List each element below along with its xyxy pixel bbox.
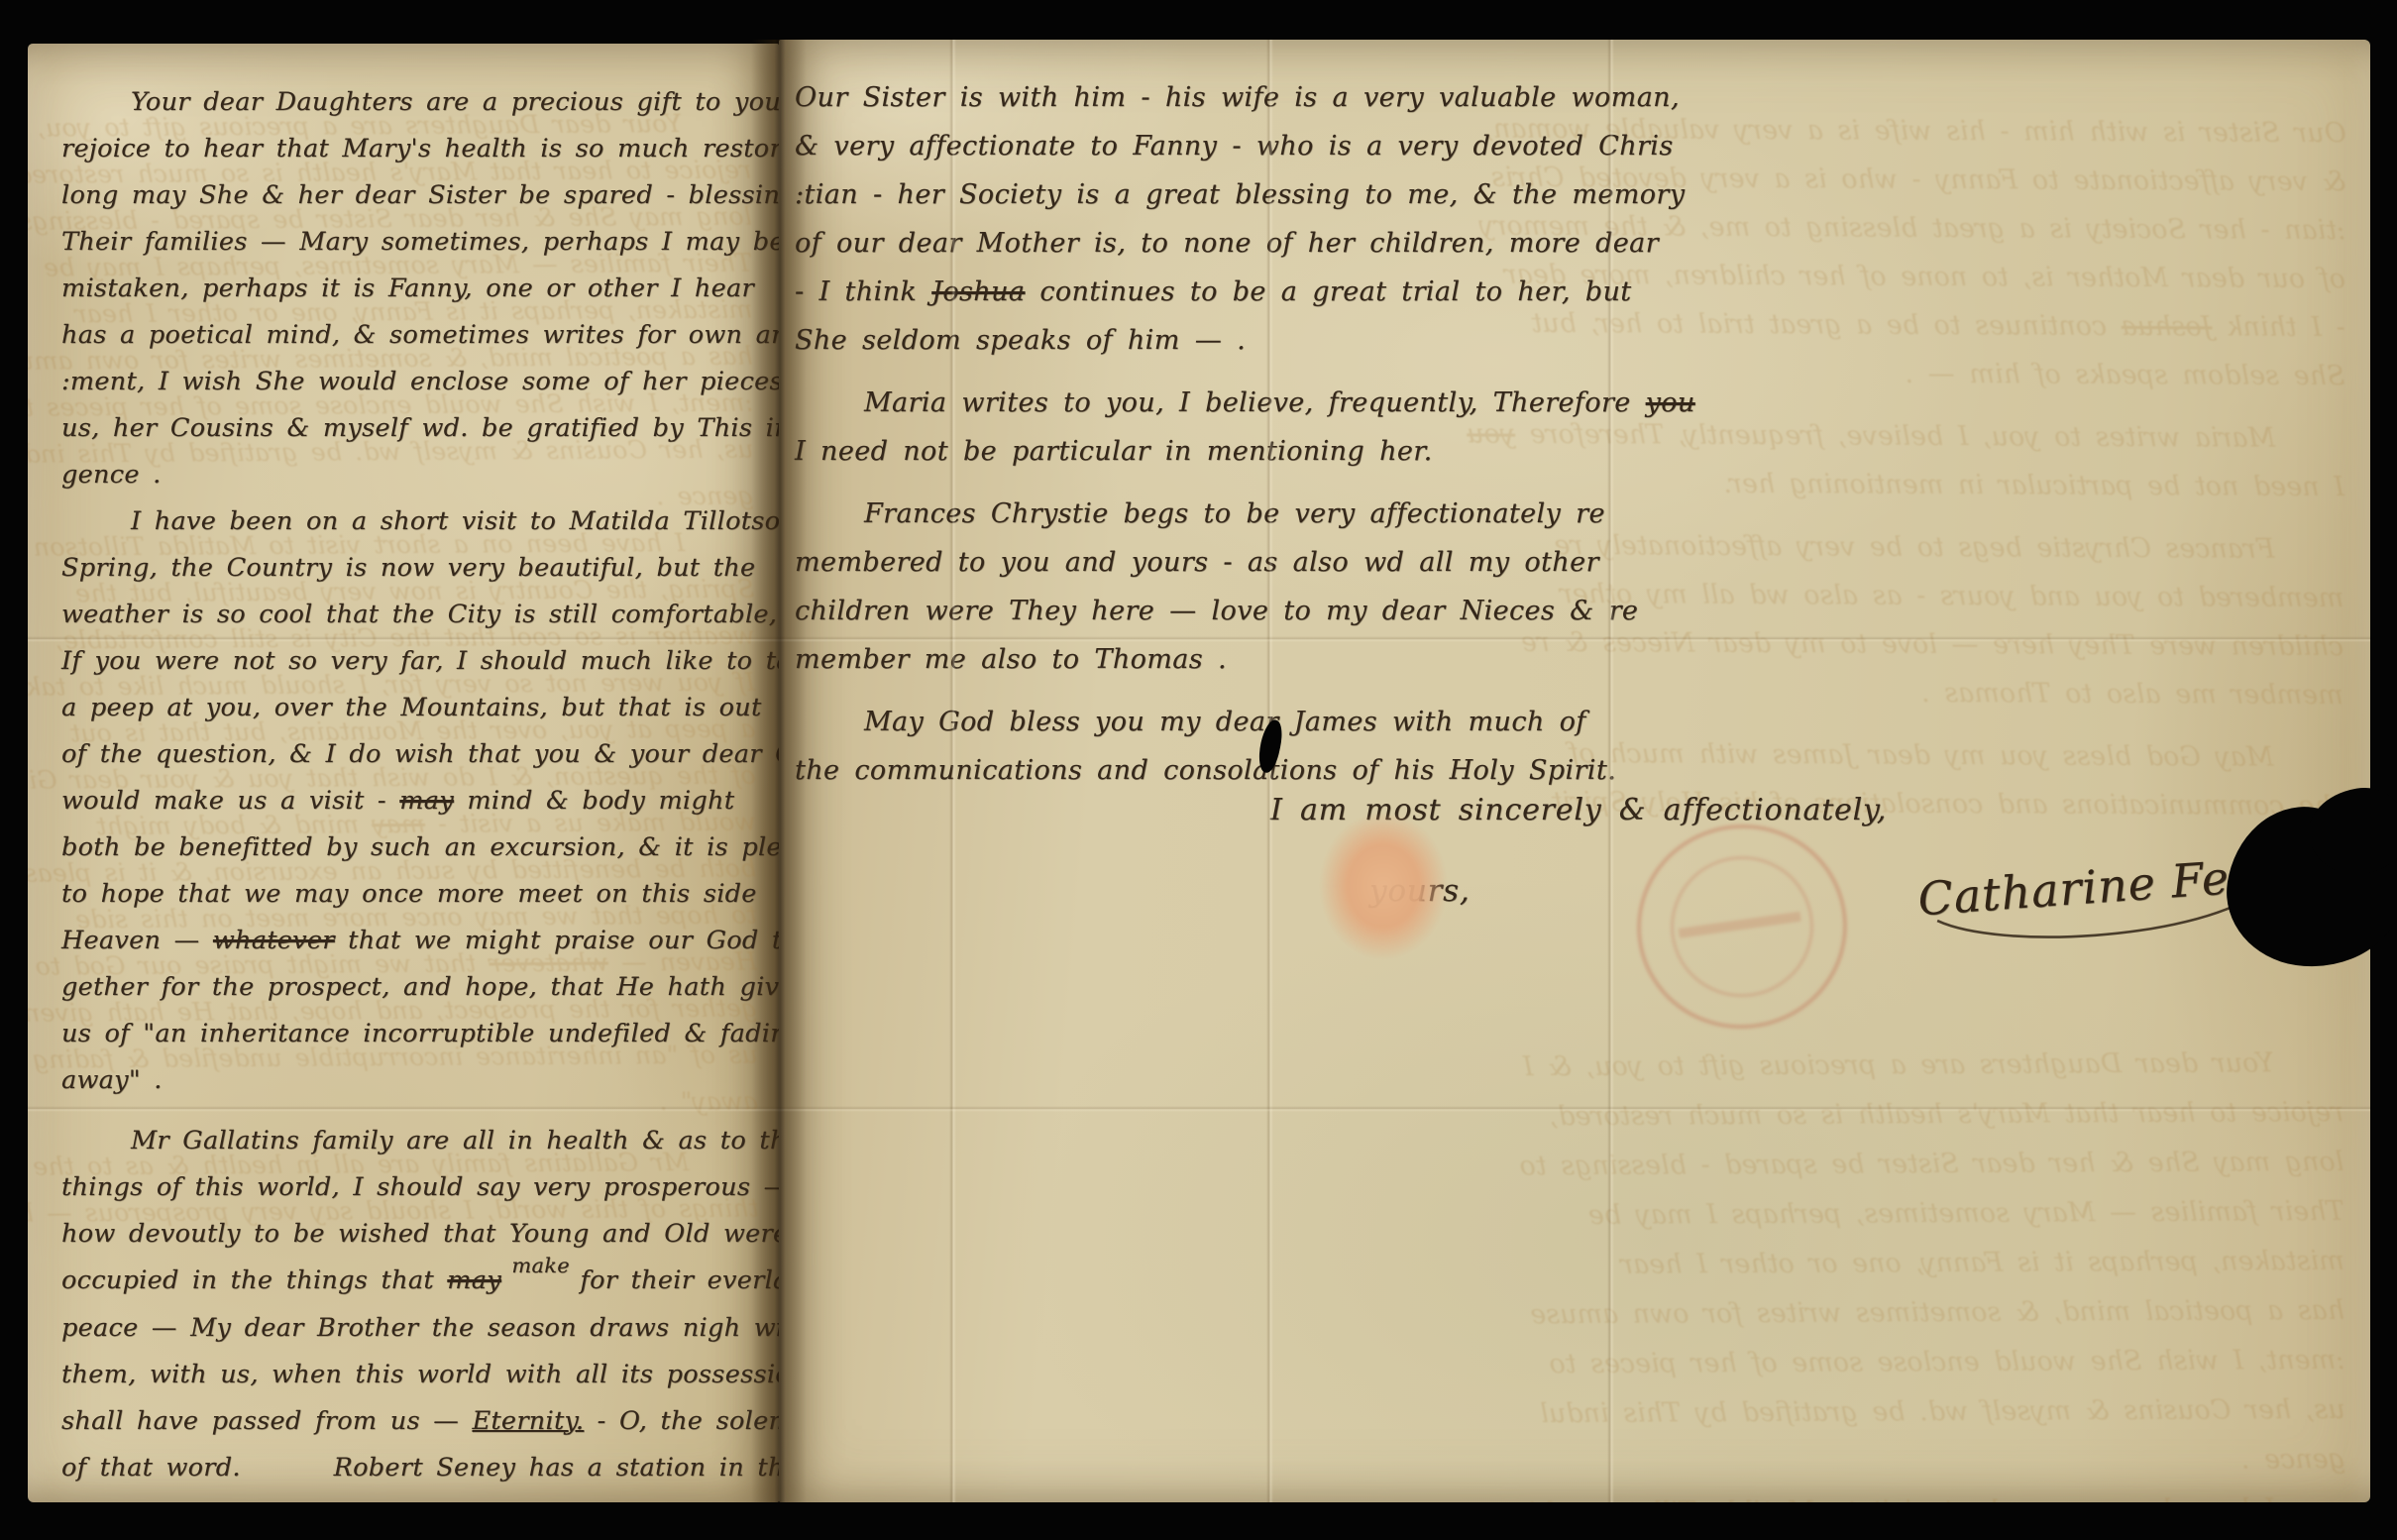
struck-word: you: [1646, 387, 1695, 418]
letter-line: I have been on a short visit to Matilda …: [61, 498, 755, 545]
closing-line: I am most sincerely & affectionately,: [1270, 793, 2341, 827]
letter-line: member me also to Thomas .: [795, 635, 2341, 684]
letter-line: a peep at you, over the Mountains, but t…: [61, 685, 755, 731]
letter-line: gether for the prospect, and hope, that …: [61, 964, 755, 1011]
letter-line: Your dear Daughters are a precious gift …: [798, 1039, 2343, 1096]
letter-line: things of this world, I should say very …: [61, 1164, 755, 1211]
bleedthrough-writing: Your dear Daughters are a precious gift …: [798, 1039, 2346, 1502]
letter-line: gence .: [61, 452, 755, 498]
letter-line: us, her Cousins & myself wd. be gratifie…: [800, 1385, 2345, 1443]
letter-line: If you were not so very far, I should mu…: [61, 638, 755, 685]
letter-line: rejoice to hear that Mary's health is so…: [798, 1088, 2343, 1146]
letter-line: weather is so cool that the City is stil…: [61, 592, 755, 638]
letter-line: I have been on a short visit to Matilda …: [800, 1485, 2345, 1502]
scanner-bed: Your dear Daughters are a precious gift …: [0, 0, 2397, 1540]
letter-line: to hope that we may once more meet on th…: [61, 871, 755, 918]
letter-line: I need not be particular in mentioning h…: [795, 427, 2341, 476]
letter-line: - I think Joshua continues to be a great…: [795, 268, 2341, 316]
letter-line: Frances Chrystie begs to be very affecti…: [795, 490, 2341, 538]
letter-line: Spring, the Country is now very beautifu…: [61, 545, 755, 592]
letter-line: rejoice to hear that Mary's health is so…: [61, 126, 755, 172]
letter-line: membered to you and yours - as also wd a…: [795, 538, 2341, 587]
letter-line: of that word. Robert Seney has a station…: [61, 1445, 755, 1491]
letter-line: Mr Gallatins family are all in health & …: [61, 1118, 755, 1164]
letter-line: occupied in the things that may make for…: [61, 1258, 755, 1305]
letter-line: would make us a visit - may mind & body …: [61, 778, 755, 825]
letter-line: & very affectionate to Fanny - who is a …: [795, 122, 2341, 170]
letter-line: Maria writes to you, I believe, frequent…: [795, 379, 2341, 427]
letter-line: Our Sister is with him - his wife is a v…: [795, 73, 2341, 122]
letter-line: how devoutly to be wished that Young and…: [61, 1211, 755, 1258]
letter-line: :ment, I wish She would enclose some of …: [799, 1336, 2344, 1393]
letter-line: Their families — Mary sometimes, perhaps…: [61, 219, 755, 266]
letter-body-left: Your dear Daughters are a precious gift …: [61, 79, 755, 1491]
letter-line: long may She & her dear Sister be spared…: [61, 172, 755, 219]
letter-line: Your dear Daughters are a precious gift …: [61, 79, 755, 126]
underlined-word: Eternity.: [472, 1406, 584, 1436]
letter-line: of our dear Mother is, to none of her ch…: [795, 219, 2341, 268]
letter-page-right: Our Sister is with him - his wife is a v…: [779, 40, 2370, 1502]
letter-line: mistaken, perhaps it is Fanny, one or ot…: [61, 266, 755, 312]
letter-line: us, her Cousins & myself wd. be gratifie…: [61, 405, 755, 452]
letter-body-right: Our Sister is with him - his wife is a v…: [795, 73, 2341, 795]
inserted-word: make: [511, 1243, 570, 1289]
letter-line: has a poetical mind, & sometimes writes …: [61, 312, 755, 359]
struck-word: may: [447, 1265, 501, 1295]
letter-line: away" .: [61, 1057, 755, 1104]
letter-line: shall have passed from us — Eternity. - …: [61, 1398, 755, 1445]
letter-line: of the question, & I do wish that you & …: [61, 731, 755, 778]
letter-line: them, with us, when this world with all …: [61, 1352, 755, 1398]
letter-line: mistaken, perhaps it is Fanny, one or ot…: [799, 1237, 2344, 1294]
letter-page-left: Your dear Daughters are a precious gift …: [28, 44, 779, 1502]
fold-crease: [779, 1106, 2370, 1112]
letter-line: both be benefitted by such an excursion,…: [61, 825, 755, 871]
letter-line: She seldom speaks of him — .: [795, 316, 2341, 365]
letter-line: long may She & her dear Sister be spared…: [798, 1138, 2343, 1195]
struck-word: may: [399, 786, 454, 816]
letter-line: the communications and consolations of h…: [795, 746, 2341, 795]
struck-word: Joshua: [931, 276, 1025, 307]
letter-line: peace — My dear Brother the season draws…: [61, 1305, 755, 1352]
letter-line: :tian - her Society is a great blessing …: [795, 170, 2341, 219]
letter-line: children were They here — love to my dea…: [795, 587, 2341, 635]
letter-line: has a poetical mind, & sometimes writes …: [799, 1286, 2344, 1344]
letter-line: us of "an inheritance incorruptible unde…: [61, 1011, 755, 1057]
letter-line: :ment, I wish She would enclose some of …: [61, 359, 755, 405]
struck-word: whatever: [213, 926, 335, 955]
letter-line: Heaven — whatever that we might praise o…: [61, 918, 755, 964]
letter-line: Their families — Mary sometimes, perhaps…: [798, 1187, 2343, 1245]
wax-seal-stain: [1318, 811, 1449, 961]
letter-line: May God bless you my dear James with muc…: [795, 698, 2341, 746]
letter-line: gence .: [800, 1435, 2345, 1492]
